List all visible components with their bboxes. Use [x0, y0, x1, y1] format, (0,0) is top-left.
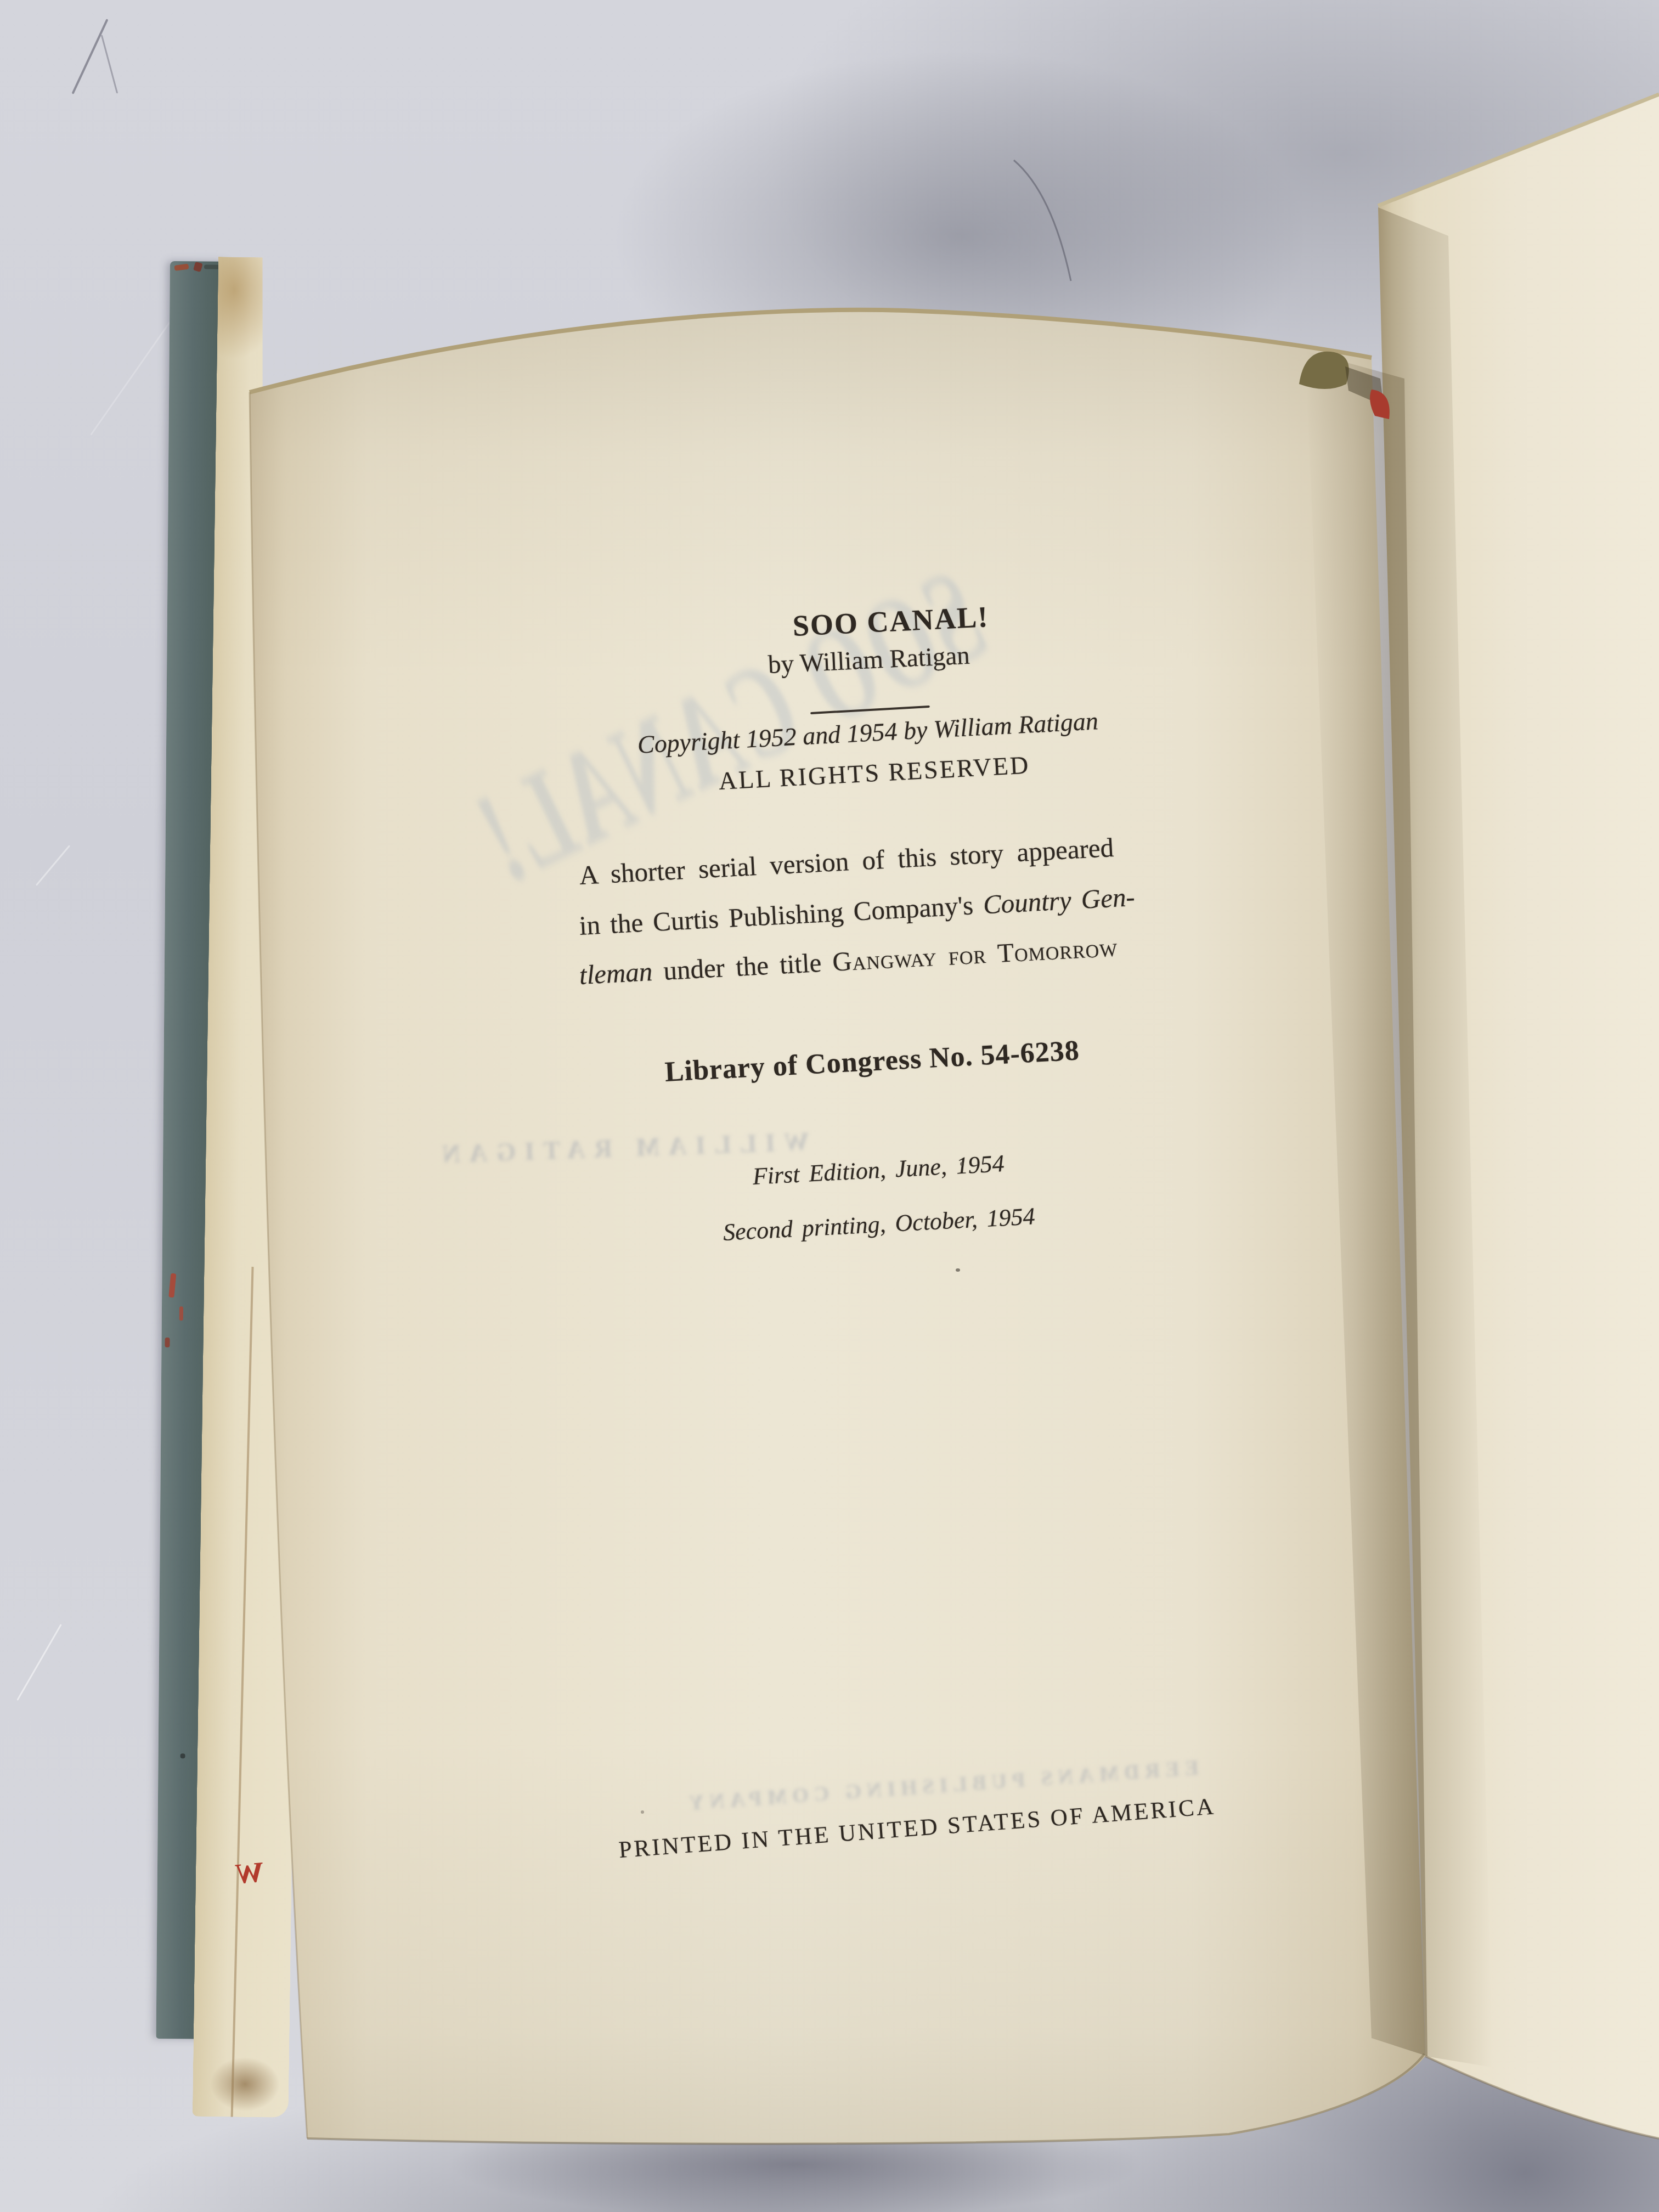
paper-speck	[960, 1162, 964, 1166]
hair-scratch	[1014, 160, 1071, 281]
book-pages	[0, 0, 1659, 2212]
book-photo: W	[0, 0, 1659, 2212]
paper-speck	[641, 1810, 644, 1814]
paper-speck	[956, 1268, 960, 1272]
serial-note-line3-italic: tleman	[579, 956, 653, 990]
